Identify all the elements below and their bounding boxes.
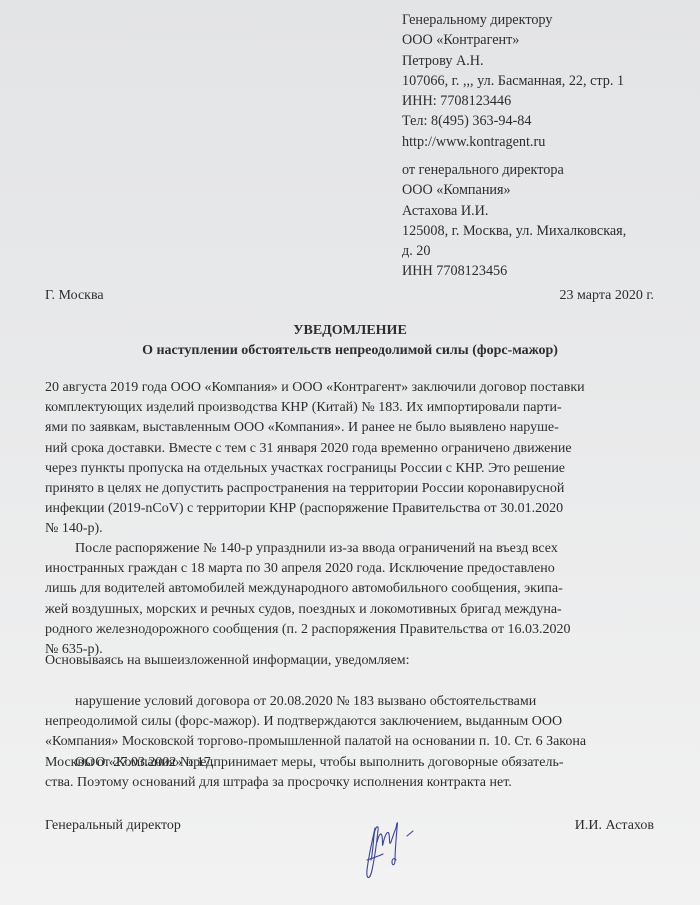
recipient-line: Тел: 8(495) 363-94-84 — [402, 111, 624, 131]
text-line: ООО «Компания» предпринимает меры, чтобы… — [45, 753, 657, 773]
text-line: нарушение условий договора от 20.08.2020… — [45, 692, 657, 712]
text-line: через пункты пропуска на отдельных участ… — [45, 459, 657, 479]
recipient-line: Генеральному директору — [402, 10, 624, 30]
text-line: ний срока доставки. Вместе с тем с 31 ян… — [45, 439, 657, 459]
text-line: После распоряжение № 140-р упразднили из… — [45, 539, 657, 559]
text-line: ями по заявкам, выставленным ООО «Компан… — [45, 418, 657, 438]
paragraph-contract: 20 августа 2019 года ООО «Компания» и ОО… — [45, 378, 657, 540]
text-line: принято в целях не допустить распростран… — [45, 479, 657, 499]
sender-line: ИНН 7708123456 — [402, 261, 626, 281]
document-city: Г. Москва — [45, 288, 104, 304]
text-line: жей воздушных, морских и речных судов, п… — [45, 600, 657, 620]
recipient-line: http://www.kontragent.ru — [402, 132, 624, 152]
text-line: № 140-р). — [45, 519, 657, 539]
document-title: УВЕДОМЛЕНИЕ — [0, 323, 700, 339]
sender-block: от генерального директора ООО «Компания»… — [402, 160, 626, 282]
text-line: непреодолимой силы (форс-мажор). И подтв… — [45, 712, 657, 732]
text-line: инфекции (2019-nCoV) с территории КНР (р… — [45, 499, 657, 519]
text-line: Основываясь на вышеизложенной информации… — [45, 651, 657, 671]
sender-line: ООО «Компания» — [402, 180, 626, 200]
paragraph-measures: ООО «Компания» предпринимает меры, чтобы… — [45, 753, 657, 793]
recipient-line: ООО «Контрагент» — [402, 30, 624, 50]
text-line: родного железнодорожного сообщения (п. 2… — [45, 620, 657, 640]
text-line: лишь для водителей автомобилей междунаро… — [45, 579, 657, 599]
paragraph-restrictions: После распоряжение № 140-р упразднили из… — [45, 539, 657, 660]
sender-line: д. 20 — [402, 241, 626, 261]
basis-statement: Основываясь на вышеизложенной информации… — [45, 651, 657, 671]
text-line: комплектующих изделий производства КНР (… — [45, 398, 657, 418]
document-subtitle: О наступлении обстоятельств непреодолимо… — [0, 343, 700, 359]
text-line: ства. Поэтому оснований для штрафа за пр… — [45, 773, 657, 793]
handwritten-signature-icon — [365, 818, 435, 888]
text-line: 20 августа 2019 года ООО «Компания» и ОО… — [45, 378, 657, 398]
sender-line: Астахова И.И. — [402, 201, 626, 221]
sender-line: 125008, г. Москва, ул. Михалковская, — [402, 221, 626, 241]
recipient-line: Петрову А.Н. — [402, 51, 624, 71]
recipient-line: 107066, г. ,,, ул. Басманная, 22, стр. 1 — [402, 71, 624, 91]
signatory-name: И.И. Астахов — [575, 818, 654, 834]
recipient-line: ИНН: 7708123446 — [402, 91, 624, 111]
text-line: «Компания» Московской торгово-промышленн… — [45, 732, 657, 752]
document-date: 23 марта 2020 г. — [560, 288, 654, 304]
sender-line: от генерального директора — [402, 160, 626, 180]
signatory-role: Генеральный директор — [45, 818, 181, 834]
recipient-block: Генеральному директору ООО «Контрагент» … — [402, 10, 624, 152]
text-line: иностранных граждан с 18 марта по 30 апр… — [45, 559, 657, 579]
